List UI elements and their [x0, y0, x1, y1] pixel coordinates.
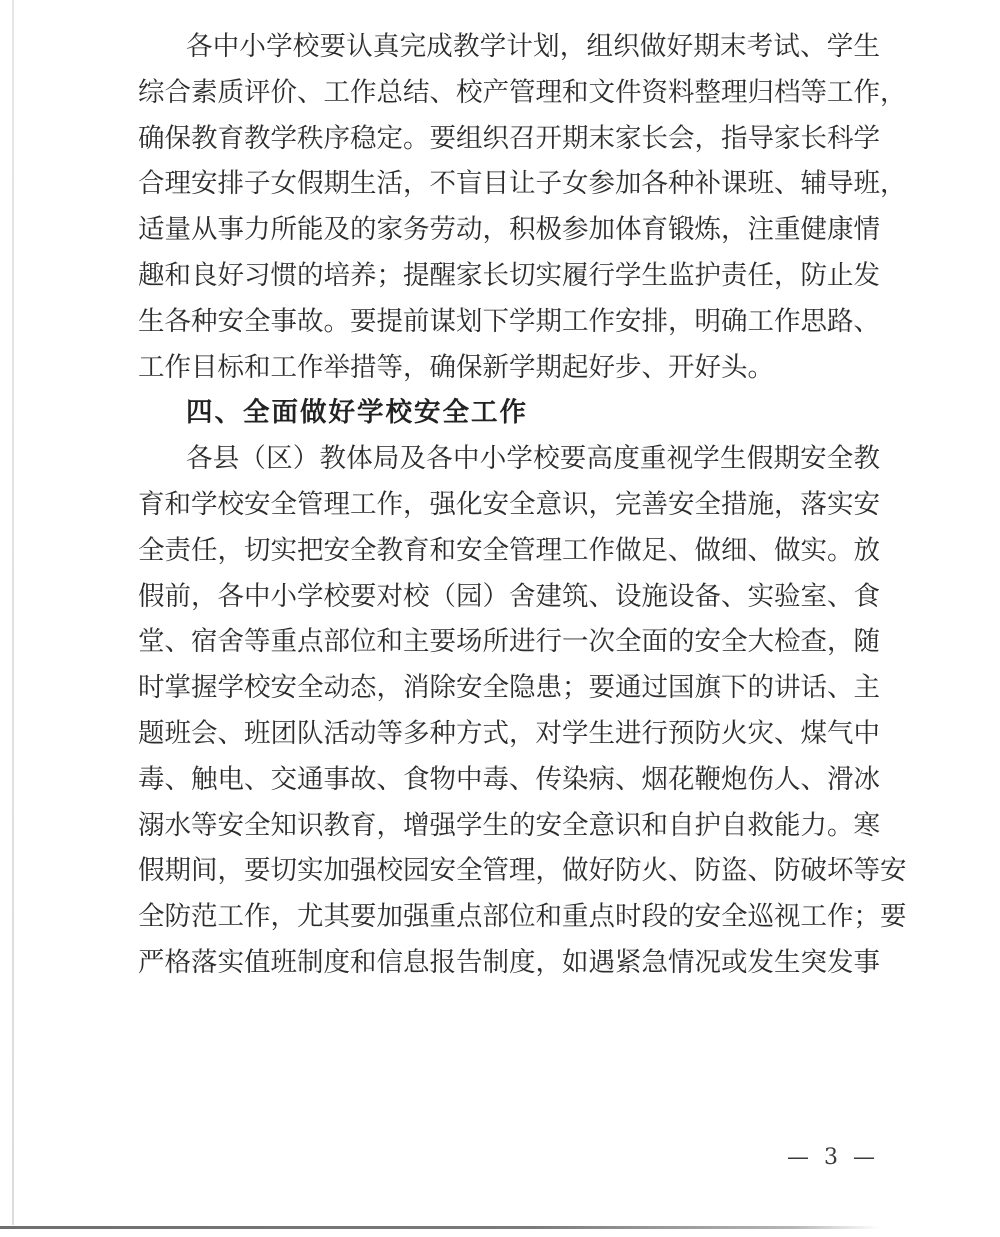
paragraph-1-line-6: 趣和良好习惯的培养；提醒家长切实履行学生监护责任，防止发: [138, 253, 880, 299]
paragraph-2-line-2: 育和学校安全管理工作，强化安全意识，完善安全措施，落实安: [138, 482, 880, 528]
page-number: — 3 —: [787, 1145, 879, 1170]
paragraph-1-line-5: 适量从事力所能及的家务劳动，积极参加体育锻炼，注重健康情: [138, 207, 880, 253]
paragraph-2-line-3: 全责任，切实把安全教育和安全管理工作做足、做细、做实。放: [138, 528, 880, 574]
paragraph-2-line-4: 假前，各中小学校要对校（园）舍建筑、设施设备、实验室、食: [138, 574, 880, 620]
paragraph-2-line-10: 假期间，要切实加强校园安全管理，做好防火、防盗、防破坏等安: [138, 848, 880, 894]
scan-left-edge: [12, 0, 14, 1225]
paragraph-1-line-1: 各中小学校要认真完成教学计划，组织做好期末考试、学生: [138, 24, 880, 70]
paragraph-1-line-7: 生各种安全事故。要提前谋划下学期工作安排，明确工作思路、: [138, 299, 880, 345]
paragraph-2-line-9: 溺水等安全知识教育，增强学生的安全意识和自护自救能力。寒: [138, 803, 880, 849]
paragraph-2-line-5: 堂、宿舍等重点部位和主要场所进行一次全面的安全大检查，随: [138, 619, 880, 665]
paragraph-1-line-2: 综合素质评价、工作总结、校产管理和文件资料整理归档等工作，: [138, 70, 880, 116]
section-heading: 四、全面做好学校安全工作: [138, 390, 880, 436]
document-page: 各中小学校要认真完成教学计划，组织做好期末考试、学生 综合素质评价、工作总结、校…: [138, 24, 880, 986]
paragraph-2-line-11: 全防范工作，尤其要加强重点部位和重点时段的安全巡视工作；要: [138, 894, 880, 940]
paragraph-2-line-8: 毒、触电、交通事故、食物中毒、传染病、烟花鞭炮伤人、滑冰: [138, 757, 880, 803]
paragraph-1-line-8: 工作目标和工作举措等，确保新学期起好步、开好头。: [138, 345, 880, 391]
paragraph-2-line-1: 各县（区）教体局及各中小学校要高度重视学生假期安全教: [138, 436, 880, 482]
paragraph-1-line-4: 合理安排子女假期生活，不盲目让子女参加各种补课班、辅导班，: [138, 161, 880, 207]
paragraph-2-line-6: 时掌握学校安全动态，消除安全隐患；要通过国旗下的讲话、主: [138, 665, 880, 711]
paragraph-2-line-7: 题班会、班团队活动等多种方式，对学生进行预防火灾、煤气中: [138, 711, 880, 757]
scan-bottom-edge: [0, 1226, 880, 1229]
paragraph-2-line-12: 严格落实值班制度和信息报告制度，如遇紧急情况或发生突发事: [138, 940, 880, 986]
paragraph-1-line-3: 确保教育教学秩序稳定。要组织召开期末家长会，指导家长科学: [138, 116, 880, 162]
